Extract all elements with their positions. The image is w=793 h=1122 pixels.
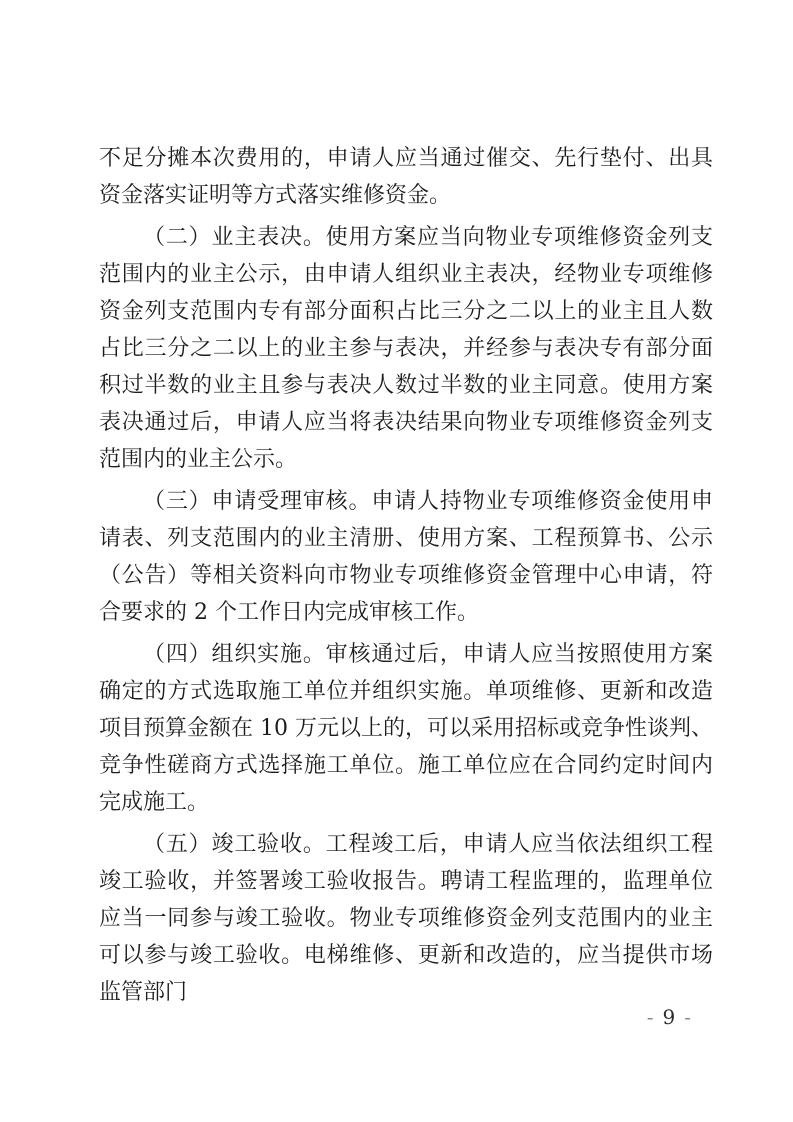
- document-page: 不足分摊本次费用的，申请人应当通过催交、先行垫付、出具资金落实证明等方式落实维修…: [0, 0, 793, 1122]
- paragraph-item-5-completion-acceptance: （五）竣工验收。工程竣工后，申请人应当依法组织工程竣工验收，并签署竣工验收报告。…: [99, 826, 713, 1011]
- paragraph-continuation: 不足分摊本次费用的，申请人应当通过催交、先行垫付、出具资金落实证明等方式落实维修…: [99, 140, 713, 214]
- page-number-right-dash: -: [684, 1005, 693, 1029]
- page-number-value: 9: [656, 1005, 685, 1029]
- paragraph-item-4-implementation: （四）组织实施。审核通过后，申请人应当按照使用方案确定的方式选取施工单位并组织实…: [99, 636, 713, 821]
- page-number: -9-: [647, 1002, 693, 1032]
- paragraph-item-3-application-review: （三）申请受理审核。申请人持物业专项维修资金使用申请表、列支范围内的业主清册、使…: [99, 483, 713, 631]
- paragraph-item-2-owner-voting: （二）业主表决。使用方案应当向物业专项维修资金列支范围内的业主公示，由申请人组织…: [99, 219, 713, 478]
- page-number-left-dash: -: [647, 1005, 656, 1029]
- document-text-block: 不足分摊本次费用的，申请人应当通过催交、先行垫付、出具资金落实证明等方式落实维修…: [99, 140, 713, 1016]
